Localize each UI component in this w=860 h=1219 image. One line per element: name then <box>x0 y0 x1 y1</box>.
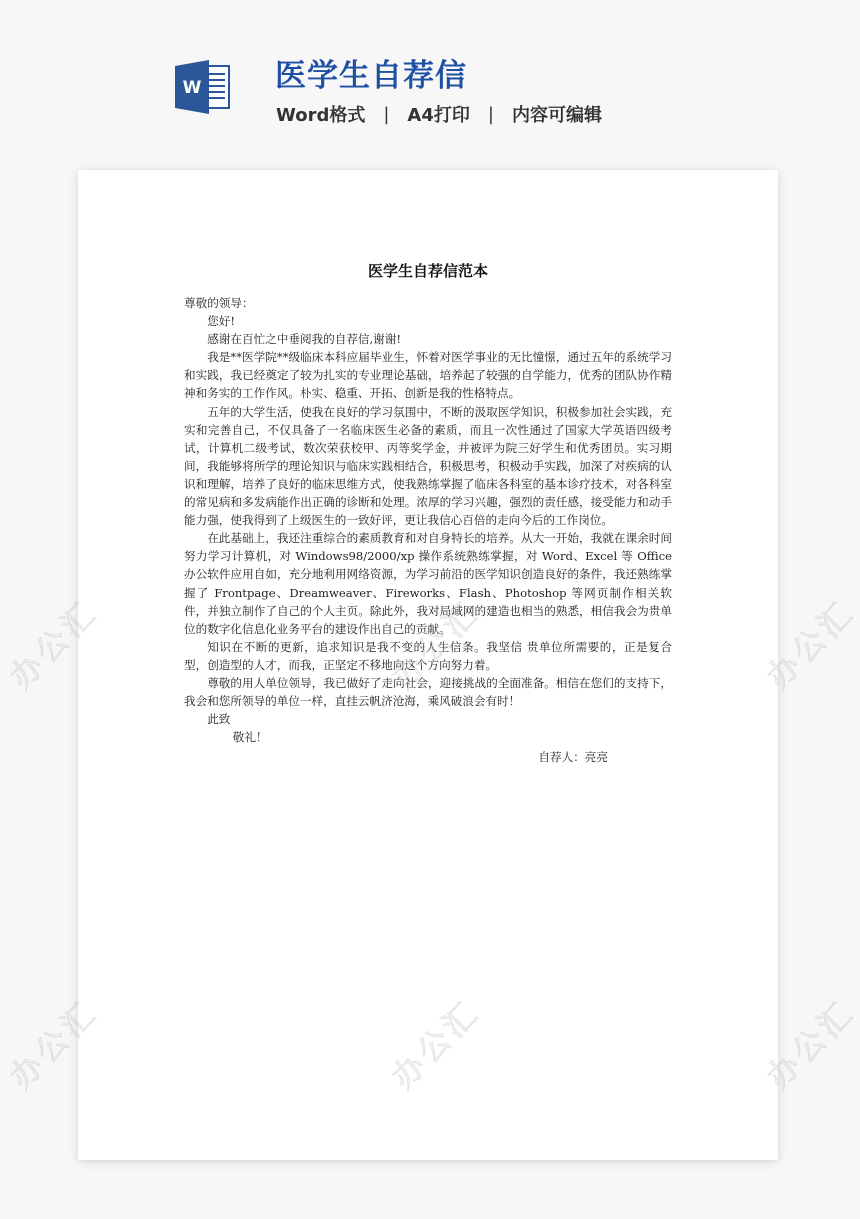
signature: 自荐人：亮亮 <box>184 748 672 766</box>
document-page: 医学生自荐信范本 尊敬的领导： 您好! 感谢在百忙之中垂阅我的自荐信,谢谢! 我… <box>78 170 778 1160</box>
svg-text:W: W <box>183 78 202 98</box>
header: W 医学生自荐信 Word格式 | A4打印 | 内容可编辑 <box>0 0 860 150</box>
tag-separator: | <box>383 104 389 125</box>
paragraph: 知识在不断的更新，追求知识是我不变的人生信条。我坚信 贵单位所需要的，正是复合型… <box>184 638 672 674</box>
greeting: 您好! <box>184 312 672 330</box>
feature-tags: Word格式 | A4打印 | 内容可编辑 <box>276 101 602 127</box>
word-document-icon: W <box>175 60 231 114</box>
document-title: 医学生自荐信范本 <box>184 260 672 282</box>
closing-line: 此致 <box>184 710 672 728</box>
salutation: 尊敬的领导： <box>184 294 672 312</box>
paragraph: 尊敬的用人单位领导，我已做好了走向社会，迎接挑战的全面准备。相信在您们的支持下，… <box>184 674 672 710</box>
paragraph: 五年的大学生活，使我在良好的学习氛围中，不断的汲取医学知识，积极参加社会实践，充… <box>184 403 672 530</box>
paragraph: 感谢在百忙之中垂阅我的自荐信,谢谢! <box>184 330 672 348</box>
tag-separator: | <box>488 104 494 125</box>
page-title: 医学生自荐信 <box>275 50 467 95</box>
paragraph: 我是**医学院**级临床本科应届毕业生，怀着对医学事业的无比憧憬，通过五年的系统… <box>184 348 672 402</box>
tag-editable: 内容可编辑 <box>512 101 602 127</box>
closing-regards: 敬礼！ <box>184 728 672 746</box>
paragraph: 在此基础上，我还注重综合的素质教育和对自身特长的培养。从大一开始，我就在课余时间… <box>184 529 672 638</box>
document-body: 医学生自荐信范本 尊敬的领导： 您好! 感谢在百忙之中垂阅我的自荐信,谢谢! 我… <box>184 260 672 766</box>
tag-print: A4打印 <box>407 101 469 127</box>
tag-format: Word格式 <box>276 101 365 127</box>
